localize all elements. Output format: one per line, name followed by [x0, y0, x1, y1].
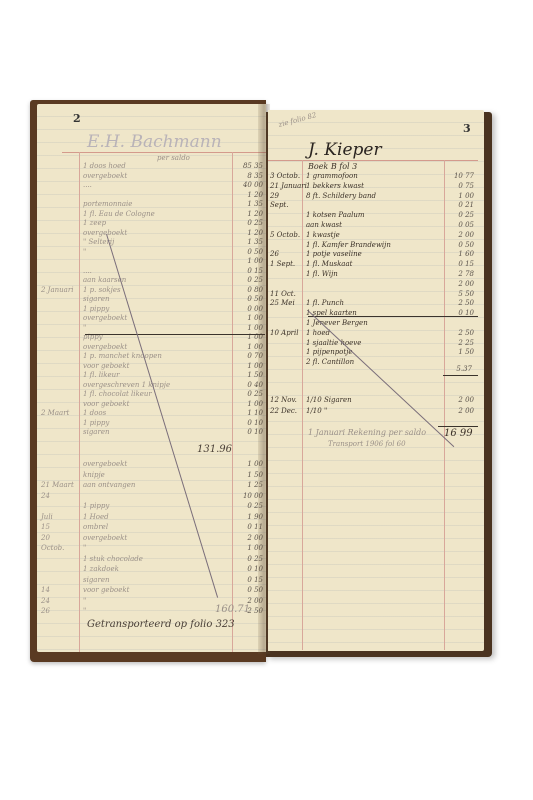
entry-description: 1 potje vaseline	[306, 250, 362, 258]
entry-description: 1 p. manchet knoopen	[83, 352, 162, 360]
cancel-stroke-left	[106, 234, 218, 598]
entry-description: voor geboekt	[83, 400, 129, 408]
entry-description: 1 kotsen Paalum	[306, 211, 365, 219]
left-subtotal: 131.96	[197, 444, 232, 455]
entry-description: 1 zeep	[83, 219, 106, 227]
right-account-name: J. Kieper	[308, 140, 382, 160]
left-footer-note: Getransporteerd op folio 323	[87, 619, 235, 630]
margin-rule-left	[79, 152, 80, 652]
entry-date: 15	[41, 523, 50, 531]
entry-date: 5 Octob.	[270, 231, 300, 239]
entry-date: Sept.	[270, 201, 288, 209]
entry-amount: 2 50	[440, 299, 474, 307]
entry-description: overgeboekt	[83, 460, 127, 468]
entry-amount: 2 50	[440, 329, 474, 337]
entry-description: 8 ft. Schildery band	[306, 192, 376, 200]
total-rule-right	[438, 426, 478, 427]
entry-description: 1 fl. Eau de Cologne	[83, 210, 155, 218]
cancel-stroke-right	[307, 310, 454, 447]
entry-description: 1 bekkers kwast	[306, 182, 364, 190]
entry-amount: 1 50	[440, 348, 474, 356]
entry-description: 1/10 Sigaren	[306, 396, 352, 404]
entry-date: 26	[41, 607, 50, 615]
entry-description: 1 stuk chocolade	[83, 555, 143, 563]
entry-date: 29	[270, 192, 279, 200]
divider-rule-right	[308, 316, 478, 317]
entry-description: 1 fl. Wijn	[306, 270, 338, 278]
entry-description: 1 fl. chocolat likeur	[83, 390, 152, 398]
entry-date: 2 Januari	[41, 286, 73, 294]
entry-description: 1 sjaaltie hoeve	[306, 339, 361, 347]
right-heading: Boek B fol 3	[308, 162, 357, 171]
header-rule-left	[62, 152, 266, 153]
header-rule-right	[268, 160, 478, 161]
entry-description: portemonnaie	[83, 200, 132, 208]
entry-description: 1 p. sokjes	[83, 286, 121, 294]
entry-description: 1 pijpenpotje	[306, 348, 353, 356]
entry-description: overgeboekt	[83, 229, 127, 237]
entry-amount: 0 05	[440, 221, 474, 229]
entry-amount: 1 60	[440, 250, 474, 258]
entry-date: Juli	[41, 513, 53, 521]
entry-description: overgeboekt	[83, 314, 127, 322]
left-account-name: E.H. Bachmann	[87, 132, 222, 152]
entry-description: 2 fl. Cantillon	[306, 358, 354, 366]
entry-description: 1 pippy	[83, 305, 109, 313]
entry-date: 12 Nov.	[270, 396, 297, 404]
left-total: 160.71	[215, 604, 250, 615]
entry-description: 1 fl. Kamfer Brandewijn	[306, 241, 391, 249]
margin-rule-right	[302, 160, 303, 650]
left-heading: per saldo	[157, 154, 190, 162]
entry-date: 25 Mei	[270, 299, 295, 307]
entry-description: ....	[83, 181, 92, 189]
entry-description: sigaren	[83, 576, 109, 584]
entry-description: overgeboekt	[83, 534, 127, 542]
entry-amount: 2 25	[440, 339, 474, 347]
entry-description: "	[83, 597, 86, 605]
divider-rule-left	[85, 334, 265, 335]
entry-date: 24	[41, 492, 50, 500]
entry-amount: 5 50	[440, 290, 474, 298]
entry-description: 1 fl. Punch	[306, 299, 344, 307]
entry-description: voor geboekt	[83, 362, 129, 370]
right-subtotal: 5.37	[438, 365, 472, 373]
entry-description: overgeboekt	[83, 343, 127, 351]
entry-date: 2 Maart	[41, 409, 69, 417]
right-total: 16 99	[444, 428, 473, 439]
entry-description: 1 kwastje	[306, 231, 340, 239]
entry-date: 24	[41, 597, 50, 605]
entry-description: overgeschreven 1 knipje	[83, 381, 170, 389]
entry-amount: 0 50	[440, 241, 474, 249]
entry-description: 1 zakdoek	[83, 565, 119, 573]
entry-amount: 0 25	[440, 211, 474, 219]
right-page: zie folio 82 3 J. Kieper Boek B fol 3 3 …	[268, 110, 484, 651]
entry-amount: 2 00	[440, 280, 474, 288]
entry-date: 1 Sept.	[270, 260, 295, 268]
entry-date: 14	[41, 586, 50, 594]
entry-description: overgeboekt	[83, 172, 127, 180]
entry-amount: 0 21	[440, 201, 474, 209]
entry-amount: 2 00	[440, 231, 474, 239]
entry-date: 22 Dec.	[270, 407, 297, 415]
entry-description: 1 Jenever Bergen	[306, 319, 368, 327]
entry-amount: 0 75	[440, 182, 474, 190]
subtotal-rule-right	[443, 375, 478, 376]
entry-description: "	[83, 248, 86, 256]
entry-description: 1 fl. Muskaat	[306, 260, 352, 268]
entry-date: 3 Octob.	[270, 172, 300, 180]
entry-description: aan kwast	[306, 221, 342, 229]
entry-date: 21 Januari	[270, 182, 307, 190]
right-transport-note: Transport 1906 fol 60	[328, 440, 406, 448]
entry-description: sigaren	[83, 295, 109, 303]
entry-date: Octob.	[41, 544, 64, 552]
entry-amount: 2 00	[440, 396, 474, 404]
left-page: 2 E.H. Bachmann per saldo 1 doos hoed85 …	[37, 104, 266, 652]
entry-description: sigaren	[83, 428, 109, 436]
entry-description: ....	[83, 267, 92, 275]
entry-description: "	[83, 607, 86, 615]
entry-amount: 0 15	[440, 260, 474, 268]
entry-amount: 2 78	[440, 270, 474, 278]
entry-description: 1 Hoed	[83, 513, 109, 521]
entry-description: knipje	[83, 471, 105, 479]
entry-description: 1 fl. likeur	[83, 371, 120, 379]
right-closing-note: 1 Januari Rekening per saldo	[308, 428, 426, 437]
right-margin-note: zie folio 82	[278, 111, 318, 129]
entry-description: 1 hoed	[306, 329, 330, 337]
entry-description: 1 pippy	[83, 502, 109, 510]
entry-amount: 2 00	[440, 407, 474, 415]
page-number-left: 2	[73, 112, 81, 125]
entry-description: voor geboekt	[83, 586, 129, 594]
entry-description: 1 pippy	[83, 419, 109, 427]
entry-date: 10 April	[270, 329, 299, 337]
entry-date: 26	[270, 250, 279, 258]
ledger-book: 2 E.H. Bachmann per saldo 1 doos hoed85 …	[30, 98, 492, 663]
entry-description: aan ontvangen	[83, 481, 135, 489]
entry-description: "	[83, 324, 86, 332]
entry-date: 11 Oct.	[270, 290, 296, 298]
entry-description: 1 grammofoon	[306, 172, 358, 180]
entry-description: ombrel	[83, 523, 108, 531]
entry-description: 1 doos hoed	[83, 162, 126, 170]
entry-date: 21 Maart	[41, 481, 74, 489]
entry-amount: 1 00	[440, 192, 474, 200]
entry-description: 1/10 "	[306, 407, 327, 415]
entry-date: 20	[41, 534, 50, 542]
entry-description: "	[83, 544, 86, 552]
entry-amount: 10 77	[440, 172, 474, 180]
entry-description: 1 doos	[83, 409, 106, 417]
page-number-right: 3	[463, 122, 471, 135]
